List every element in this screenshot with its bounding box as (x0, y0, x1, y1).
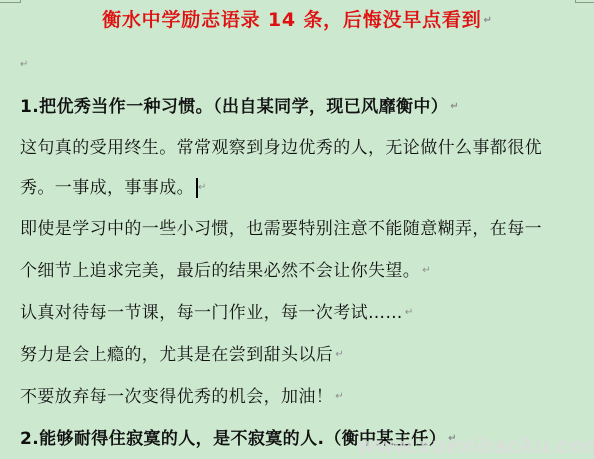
empty-paragraph[interactable]: ↵ (20, 54, 28, 76)
body-text: 不要放弃每一次变得优秀的机会，加油！ (20, 387, 333, 407)
paragraph-mark-icon: ↵ (20, 59, 28, 70)
page-corner-mark-top-left (0, 0, 21, 3)
body-text: 个细节上追求完美，最后的结果必然不会让你失望。 (20, 261, 420, 281)
body-text: 认真对待每一节课，每一门作业，每一次考试…… (20, 303, 403, 323)
watermark: www.xuexibaoku.com (358, 433, 594, 459)
page-corner-mark-top-right (575, 0, 594, 3)
section-heading-1[interactable]: 1.把优秀当作一种习惯。（出自某同学，现已风靡衡中）↵ (20, 96, 459, 118)
body-paragraph-4[interactable]: 努力是会上瘾的，尤其是在尝到甜头以后↵ (20, 344, 344, 366)
paragraph-mark-icon: ↵ (198, 182, 206, 193)
body-paragraph-3[interactable]: 认真对待每一节课，每一门作业，每一次考试……↵ (20, 302, 413, 324)
paragraph-mark-icon: ↵ (335, 349, 343, 360)
body-text: 这句真的受用终生。常常观察到身边优秀的人，无论做什么事都很优 (20, 138, 542, 158)
body-paragraph-1-line-2[interactable]: 秀。一事成，事事成。↵ (20, 177, 206, 199)
body-paragraph-2-line-1[interactable]: 即使是学习中的一些小习惯，也需要特别注意不能随意糊弄，在每一 (20, 218, 542, 240)
body-paragraph-5[interactable]: 不要放弃每一次变得优秀的机会，加油！↵ (20, 386, 344, 408)
section-heading-1-text: 1.把优秀当作一种习惯。（出自某同学，现已风靡衡中） (20, 97, 448, 117)
paragraph-mark-icon: ↵ (335, 391, 343, 402)
body-text: 秀。一事成，事事成。 (20, 178, 194, 198)
paragraph-mark-icon: ↵ (422, 265, 430, 276)
body-text: 即使是学习中的一些小习惯，也需要特别注意不能随意糊弄，在每一 (20, 219, 542, 239)
document-title: 衡水中学励志语录 14 条，后悔没早点看到↵ (0, 9, 594, 32)
document-title-text: 衡水中学励志语录 14 条，后悔没早点看到 (102, 9, 481, 31)
body-paragraph-2-line-2[interactable]: 个细节上追求完美，最后的结果必然不会让你失望。↵ (20, 260, 431, 282)
body-text: 努力是会上瘾的，尤其是在尝到甜头以后 (20, 345, 333, 365)
body-paragraph-1-line-1[interactable]: 这句真的受用终生。常常观察到身边优秀的人，无论做什么事都很优 (20, 137, 542, 159)
paragraph-mark-icon: ↵ (484, 15, 492, 26)
paragraph-mark-icon: ↵ (450, 101, 458, 112)
paragraph-mark-icon: ↵ (405, 307, 413, 318)
